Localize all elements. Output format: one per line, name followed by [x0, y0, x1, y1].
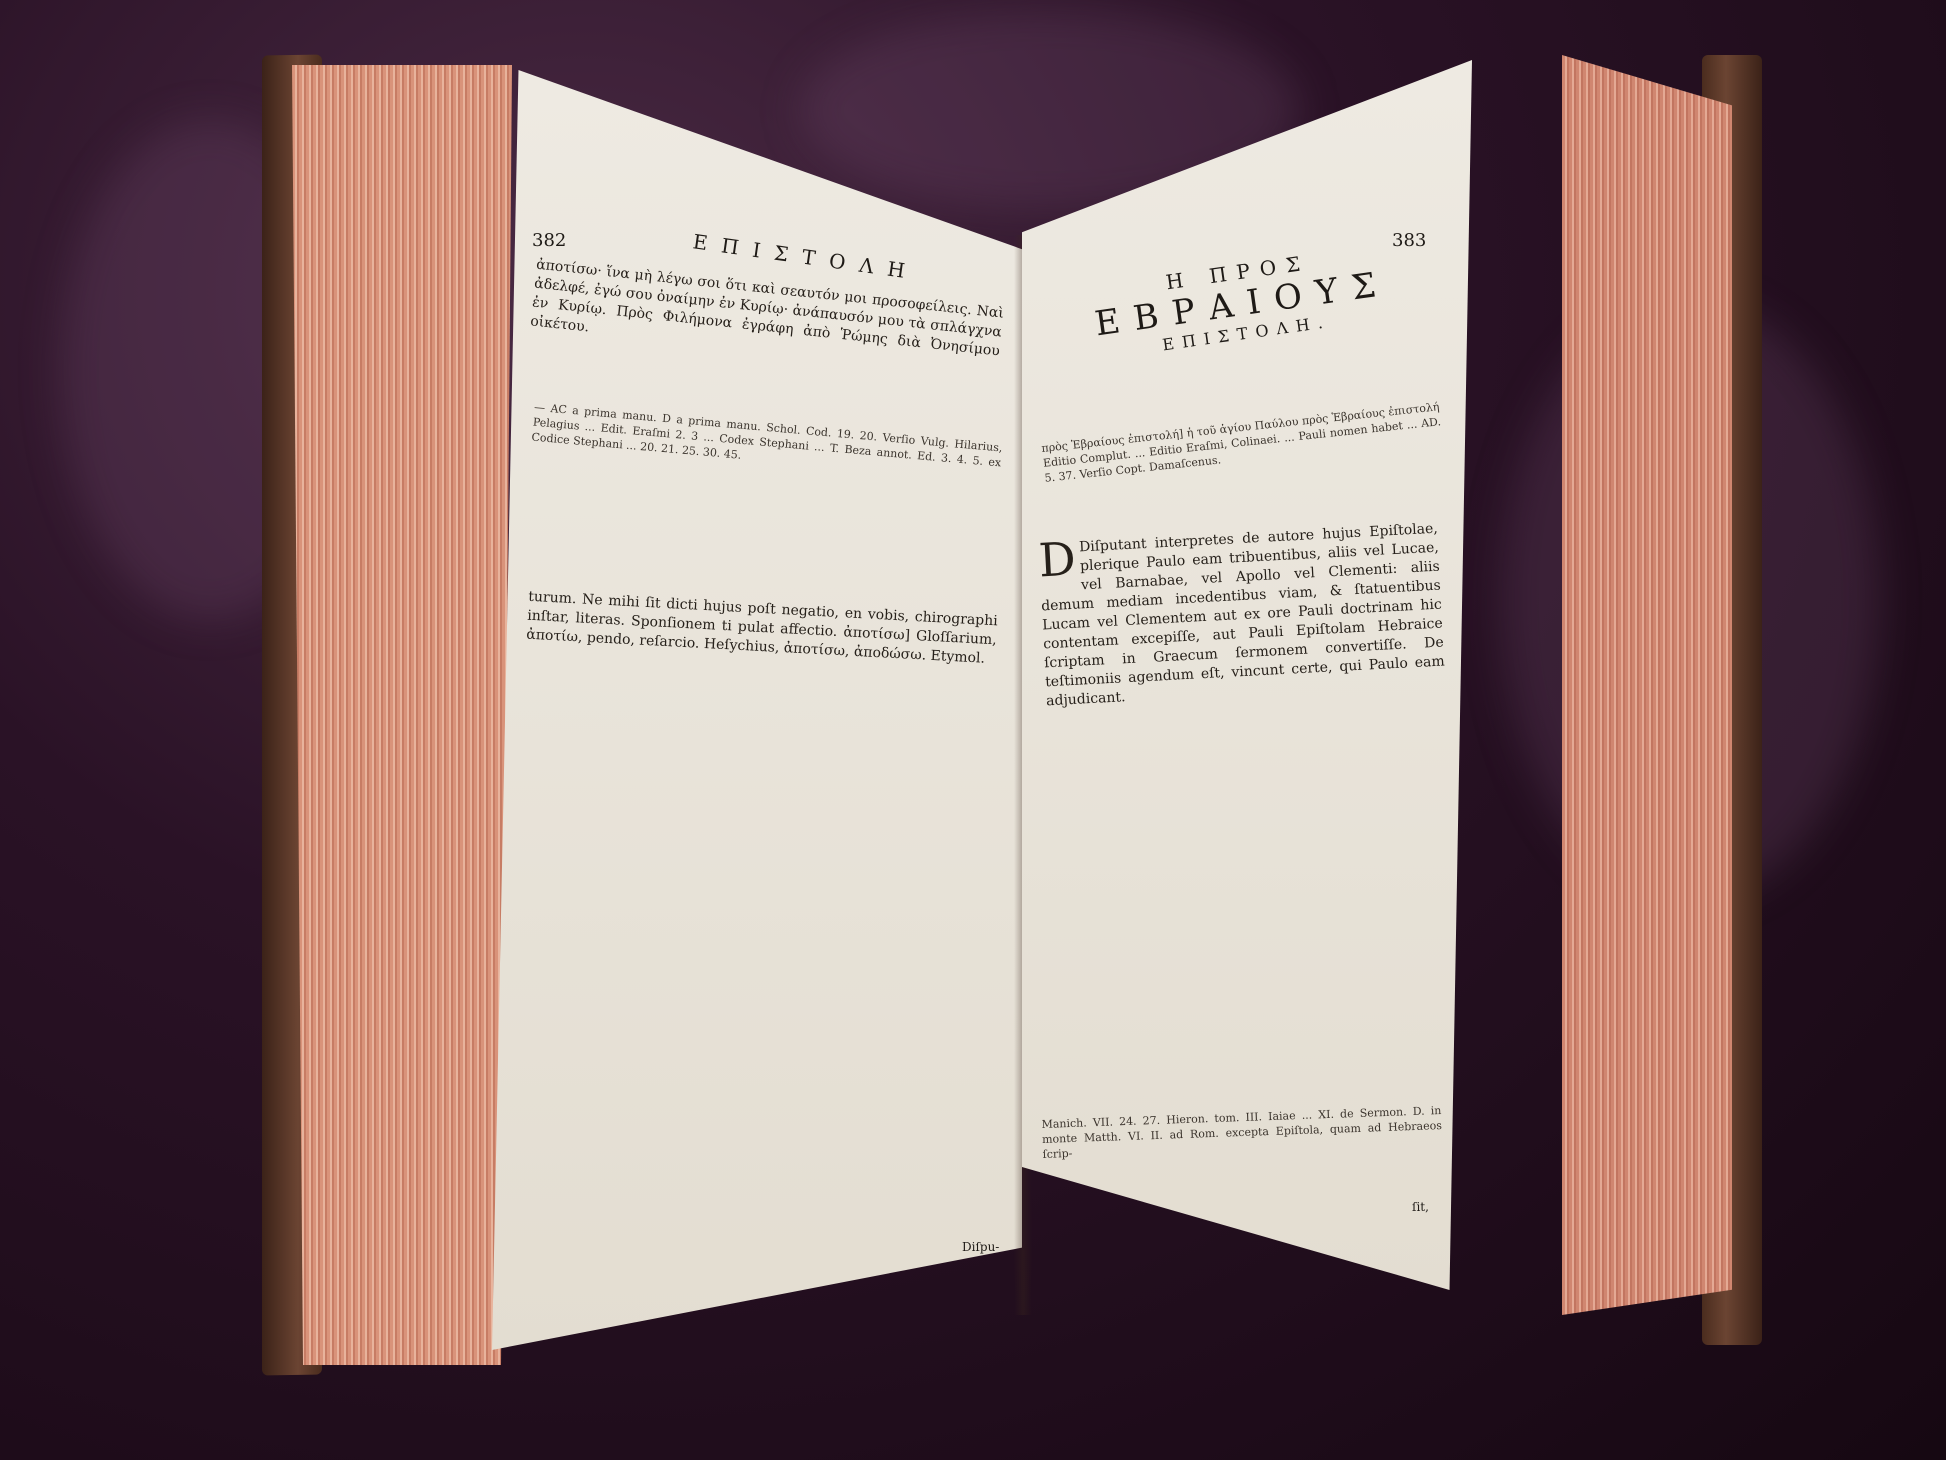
commentary-text: D Diſputant interpretes de autore hujus … [1038, 520, 1446, 712]
epistle-title: Η ΠΡΟΣ ΕΒΡΑΙΟΥΣ ΕΠΙΣΤΟΛΗ. [1058, 235, 1426, 367]
commentary-text: turum. Ne mihi ſit dicti hujus poſt nega… [526, 588, 998, 670]
right-page: 383 Η ΠΡΟΣ ΕΒΡΑΙΟΥΣ ΕΠΙΣΤΟΛΗ. πρὸς Ἑβραί… [1022, 60, 1472, 1290]
open-book: 382 ΕΠΙΣΤΟΛΗ ἀποτίσω· ἵνα μὴ λέγω σοι ὅτ… [262, 55, 1772, 1445]
catchword: ſit, [1412, 1200, 1429, 1214]
catchword: Diſpu- [962, 1240, 999, 1254]
drop-cap: D [1038, 539, 1077, 581]
left-page: 382 ΕΠΙΣΤΟΛΗ ἀποτίσω· ἵνα μὴ λέγω σοι ὅτ… [492, 70, 1022, 1350]
page-number-left: 382 [532, 230, 566, 251]
page-edges-right [1562, 55, 1732, 1315]
bottom-text: Manich. VII. 24. 27. Hieron. tom. III. I… [1041, 1103, 1442, 1162]
greek-text: ἀποτίσω· ἵνα μὴ λέγω σοι ὅτι καὶ σεαυτόν… [529, 256, 1004, 381]
page-edges-left [292, 65, 512, 1365]
critical-apparatus: — AC a prima manu. D a prima manu. Schol… [531, 400, 1003, 486]
critical-apparatus: πρὸς Ἑβραίους ἐπιστολή] ἡ τοῦ ἁγίου Παύλ… [1041, 399, 1444, 486]
